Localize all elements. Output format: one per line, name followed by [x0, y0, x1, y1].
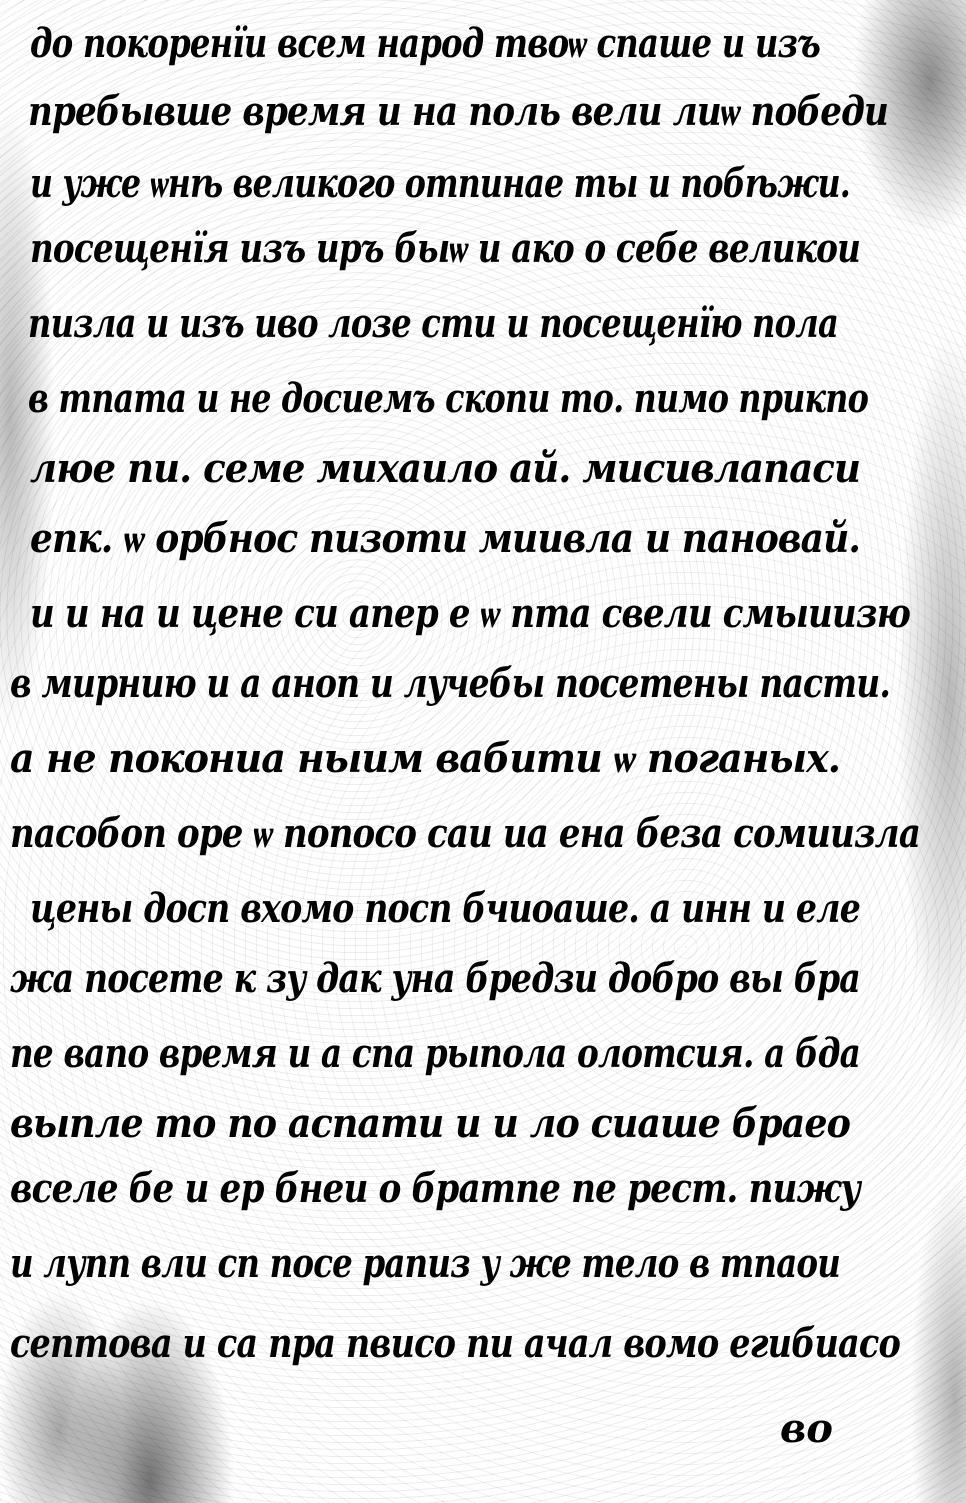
manuscript-line: и и на и цене си апер е ѡ пта свели смыи… — [30, 590, 910, 637]
manuscript-line: пе вапо время и а спа рыпола олотсия. а … — [10, 1030, 860, 1077]
manuscript-page: до покоренїи всем народ твоѡ спаше и изъ… — [0, 0, 966, 1503]
manuscript-line: посещенїя изъ иръ быѡ и ако о себе велик… — [30, 225, 860, 272]
manuscript-line: пребывше время и на поль вели лиѡ победи — [28, 88, 888, 135]
manuscript-line: люе пи. семе михаило ай. мисивлапаси — [30, 445, 860, 492]
manuscript-line: в мирнию и а аноп и лучебы посетены паст… — [10, 660, 890, 707]
manuscript-line: септова и са пра пвисо пи ачал вомо егиб… — [10, 1320, 900, 1367]
catchword: во — [780, 1405, 833, 1452]
manuscript-line: до покоренїи всем народ твоѡ спаше и изъ — [30, 20, 820, 67]
manuscript-line: пасобоп оре ѡ попосо саи иа ена беза сом… — [10, 810, 920, 857]
manuscript-line: в тпата и не досиемъ скопи то. пимо прик… — [28, 375, 868, 422]
manuscript-line: жа посете к зу дак уна бредзи добро вы б… — [10, 955, 860, 1002]
manuscript-line: цены досп вхомо посп бчиоаше. а инн и ел… — [30, 885, 860, 932]
manuscript-line: вселе бе и ер бнеи о братпе пе рест. пиж… — [10, 1165, 860, 1212]
manuscript-line: епк. ѡ орбнос пизоти миивла и пановай. — [30, 515, 860, 562]
manuscript-line: и уже ѡнѣ великого отпинае ты и побѣжи. — [30, 160, 850, 207]
manuscript-line: пизла и изъ иво лозе сти и посещенїю пол… — [28, 300, 838, 347]
manuscript-line: а не покониа ныим вабити ѡ поганых. — [10, 735, 840, 782]
manuscript-line: и лупп вли сп посе рапиз у же тело в тпа… — [10, 1240, 840, 1287]
manuscript-line: выпле то по аспати и и ло сиаше браео — [10, 1100, 850, 1147]
